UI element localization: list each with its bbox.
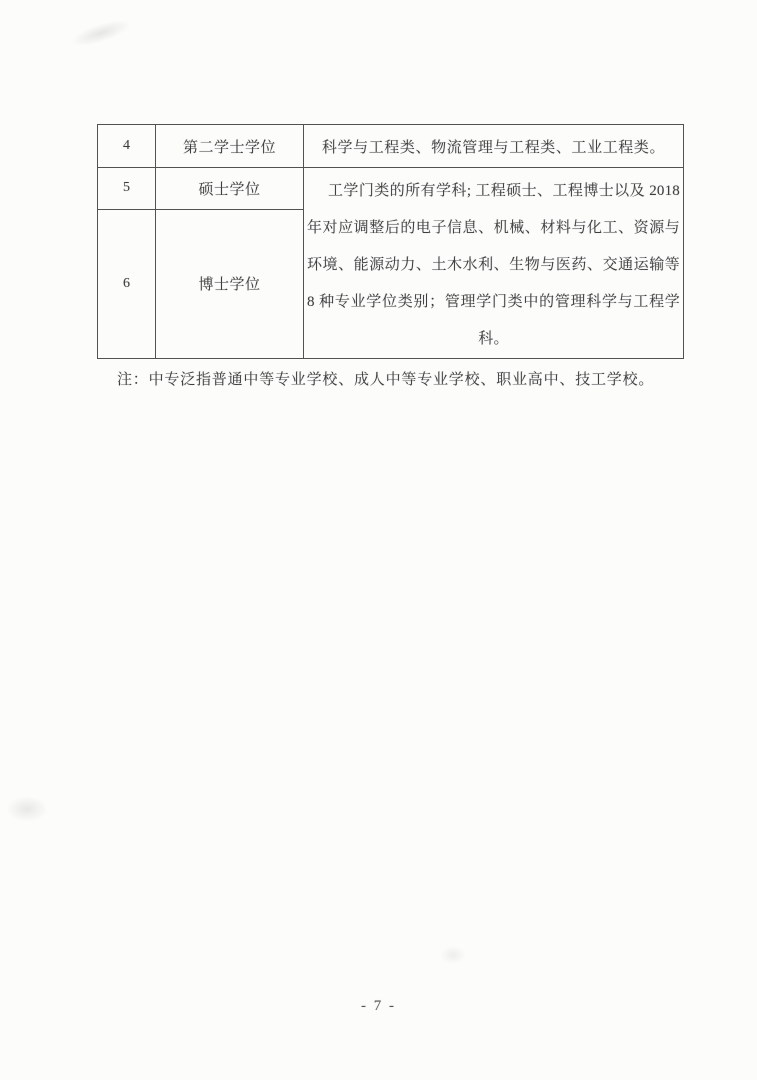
degree-name-cell: 硕士学位 [156, 168, 304, 210]
desc-line-2: 年对应调整后的电子信息、机械、材料与化工、资源与 [307, 210, 680, 247]
degree-name-cell: 博士学位 [156, 209, 304, 358]
degree-name-cell: 第二学士学位 [156, 125, 304, 168]
row-number-cell: 4 [98, 125, 156, 168]
degree-table: 4 第二学士学位 科学与工程类、物流管理与工程类、工业工程类。 5 硕士学位 工… [97, 124, 684, 359]
table-row-4: 4 第二学士学位 科学与工程类、物流管理与工程类、工业工程类。 [98, 125, 684, 168]
footnote: 注：中专泛指普通中等专业学校、成人中等专业学校、职业高中、技工学校。 [117, 368, 677, 389]
desc-line-4: 8 种专业学位类别；管理学门类中的管理科学与工程学 [307, 284, 680, 321]
row-number-cell: 6 [98, 209, 156, 358]
scan-smudge [440, 946, 466, 964]
table-row-5: 5 硕士学位 工学门类的所有学科; 工程硕士、工程博士以及 2018 年对应调整… [98, 168, 684, 210]
row-number-cell: 5 [98, 168, 156, 210]
desc-line-3: 环境、能源动力、土木水利、生物与医药、交通运输等 [307, 247, 680, 284]
scan-smudge [6, 796, 48, 822]
degree-desc-cell: 科学与工程类、物流管理与工程类、工业工程类。 [304, 125, 684, 168]
scan-smudge [69, 15, 134, 51]
desc-line-5: 科。 [307, 321, 680, 358]
desc-line-1: 工学门类的所有学科; 工程硕士、工程博士以及 2018 [307, 173, 680, 210]
merged-desc-cell: 工学门类的所有学科; 工程硕士、工程博士以及 2018 年对应调整后的电子信息、… [304, 168, 684, 359]
document-page: 4 第二学士学位 科学与工程类、物流管理与工程类、工业工程类。 5 硕士学位 工… [0, 0, 757, 1080]
page-number: - 7 - [0, 998, 757, 1015]
